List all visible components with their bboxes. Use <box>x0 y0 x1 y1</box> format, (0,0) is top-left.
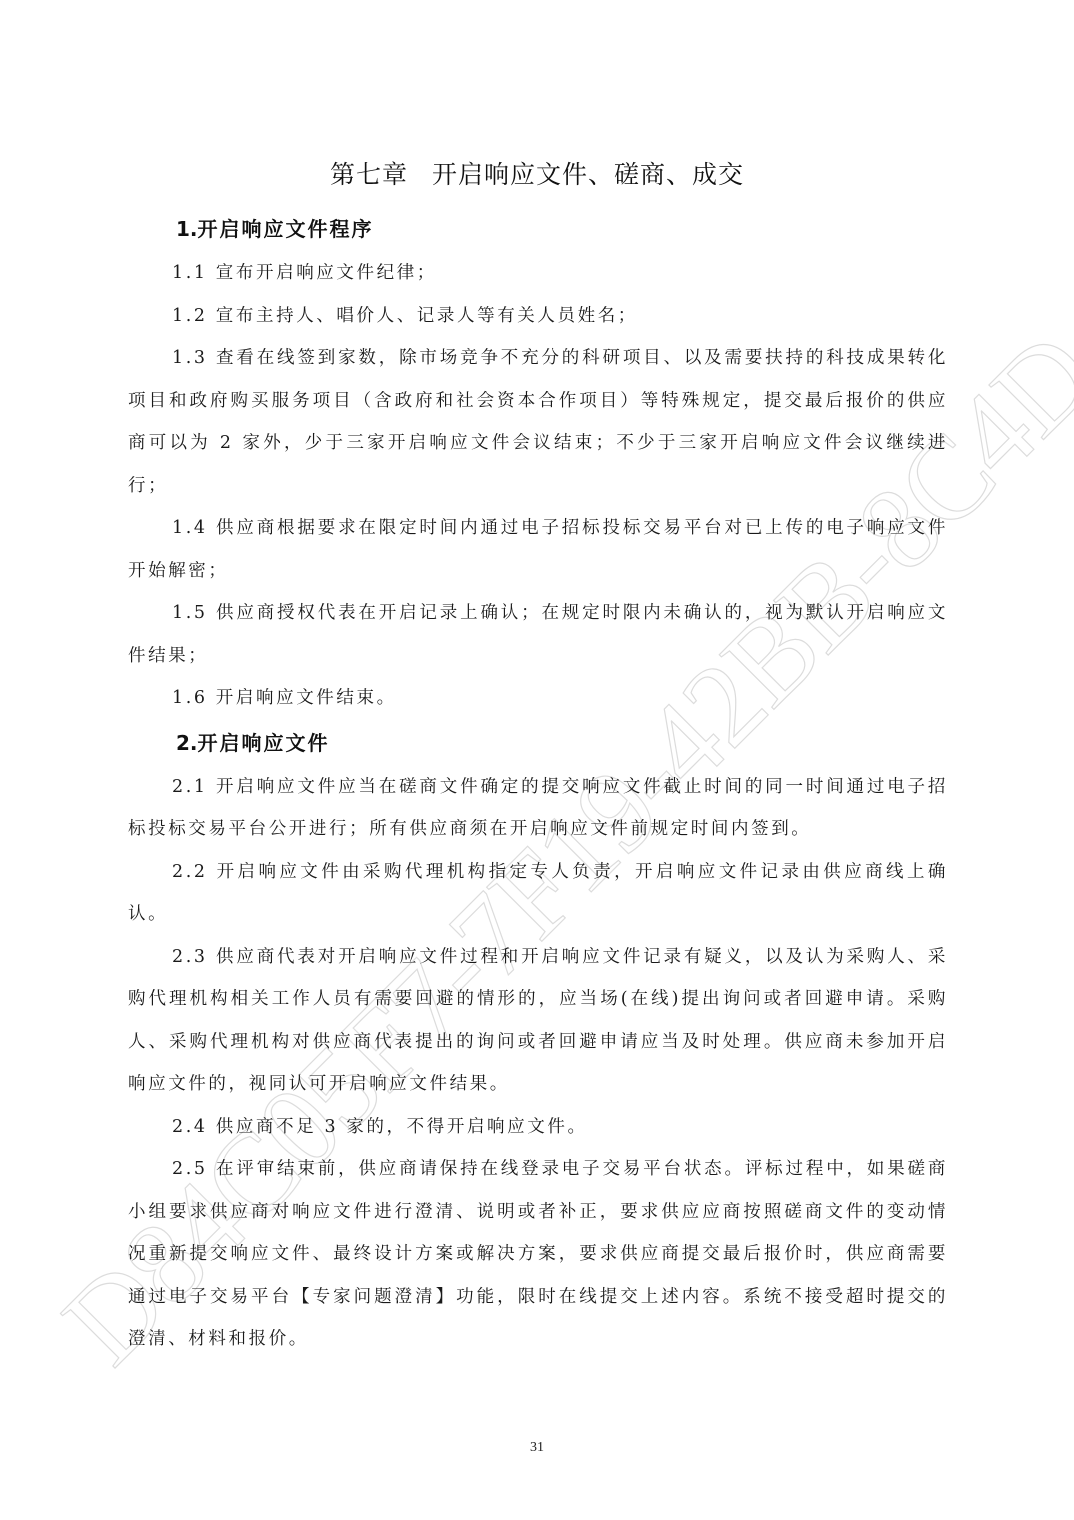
paragraph-1-3: 1.3 查看在线签到家数，除市场竞争不充分的科研项目、以及需要扶持的科技成果转化… <box>128 337 948 507</box>
paragraph-1-6: 1.6 开启响应文件结束。 <box>128 677 948 720</box>
paragraph-2-4: 2.4 供应商不足 3 家的，不得开启响应文件。 <box>128 1106 948 1149</box>
document-page: D84C05F7-7F19-42BB-8C4D-CC7795DAAAA 第七章开… <box>0 0 1074 1520</box>
section-1: 1.开启响应文件程序 1.1 宣布开启响应文件纪律； 1.2 宣布主持人、唱价人… <box>128 206 948 720</box>
paragraph-1-1: 1.1 宣布开启响应文件纪律； <box>128 252 948 295</box>
section-heading: 2.开启响应文件 <box>128 720 948 766</box>
paragraph-1-2: 1.2 宣布主持人、唱价人、记录人等有关人员姓名； <box>128 295 948 338</box>
paragraph-1-4: 1.4 供应商根据要求在限定时间内通过电子招标投标交易平台对已上传的电子响应文件… <box>128 507 948 592</box>
section-heading: 1.开启响应文件程序 <box>128 206 948 252</box>
document-body: 1.开启响应文件程序 1.1 宣布开启响应文件纪律； 1.2 宣布主持人、唱价人… <box>128 206 948 1361</box>
paragraph-2-5: 2.5 在评审结束前，供应商请保持在线登录电子交易平台状态。评标过程中，如果磋商… <box>128 1148 948 1361</box>
paragraph-2-1: 2.1 开启响应文件应当在磋商文件确定的提交响应文件截止时间的同一时间通过电子招… <box>128 766 948 851</box>
section-number: 2. <box>176 731 198 755</box>
page-number: 31 <box>0 1440 1074 1456</box>
section-2: 2.开启响应文件 2.1 开启响应文件应当在磋商文件确定的提交响应文件截止时间的… <box>128 720 948 1361</box>
chapter-number: 第七章 <box>330 160 408 189</box>
chapter-title: 第七章开启响应文件、磋商、成交 <box>0 155 1074 191</box>
paragraph-2-2: 2.2 开启响应文件由采购代理机构指定专人负责，开启响应文件记录由供应商线上确认… <box>128 851 948 936</box>
paragraph-1-5: 1.5 供应商授权代表在开启记录上确认；在规定时限内未确认的，视为默认开启响应文… <box>128 592 948 677</box>
section-number: 1. <box>176 217 198 241</box>
chapter-name: 开启响应文件、磋商、成交 <box>432 160 744 189</box>
section-title: 开启响应文件程序 <box>198 217 374 241</box>
paragraph-2-3: 2.3 供应商代表对开启响应文件过程和开启响应文件记录有疑义，以及认为采购人、采… <box>128 936 948 1106</box>
section-title: 开启响应文件 <box>198 731 330 755</box>
